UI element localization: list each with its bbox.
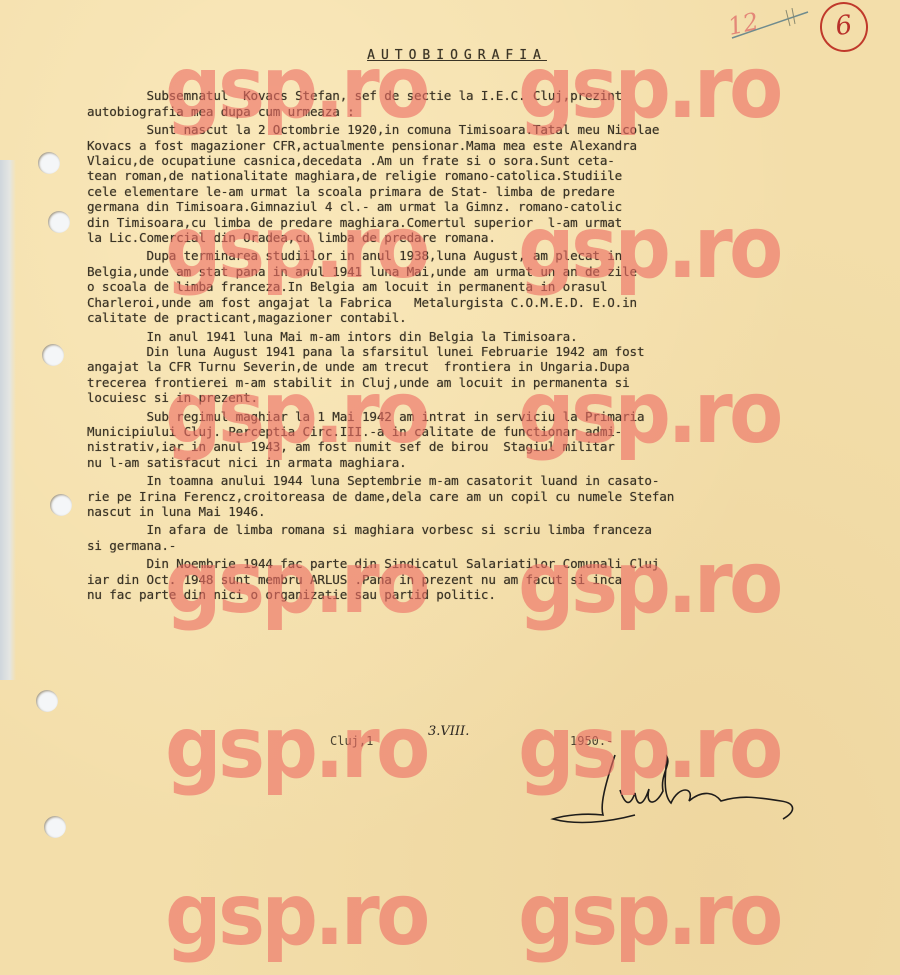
- text-line: tean roman,de nationalitate maghiara,de …: [87, 168, 887, 183]
- text-line: Vlaicu,de ocupatiune casnica,decedata .A…: [87, 153, 887, 168]
- watermark: gsp.ro: [165, 705, 427, 791]
- watermark: gsp.ro: [165, 205, 427, 291]
- watermark: gsp.ro: [518, 205, 780, 291]
- text-line: nascut in luna Mai 1946.: [87, 504, 887, 519]
- text-line: calitate de practicant,magazioner contab…: [87, 310, 887, 325]
- punch-hole: [48, 211, 70, 233]
- text-line: Din luna August 1941 pana la sfarsitul l…: [87, 344, 887, 359]
- text-line: In anul 1941 luna Mai m-am intors din Be…: [87, 329, 887, 344]
- punch-hole: [50, 494, 72, 516]
- watermark: gsp.ro: [518, 370, 780, 456]
- punch-hole: [42, 344, 64, 366]
- text-line: rie pe Irina Ferencz,croitoreasa de dame…: [87, 489, 887, 504]
- watermark: gsp.ro: [518, 872, 780, 958]
- paper-left-edge: [0, 160, 16, 680]
- watermark: gsp.ro: [165, 540, 427, 626]
- punch-hole: [38, 152, 60, 174]
- paragraphs: Subsemnatul Kovacs Stefan, sef de sectie…: [87, 88, 887, 605]
- text-line: Kovacs a fost magazioner CFR,actualmente…: [87, 138, 887, 153]
- watermark: gsp.ro: [165, 370, 427, 456]
- text-line: cele elementare le-am urmat la scoala pr…: [87, 184, 887, 199]
- text-line: In toamna anului 1944 luna Septembrie m-…: [87, 473, 887, 488]
- watermark: gsp.ro: [518, 705, 780, 791]
- watermark: gsp.ro: [165, 872, 427, 958]
- punch-hole: [44, 816, 66, 838]
- paragraph: In toamna anului 1944 luna Septembrie m-…: [87, 473, 887, 519]
- watermark: gsp.ro: [518, 540, 780, 626]
- circled-page-number: 6: [817, 0, 871, 55]
- watermark: gsp.ro: [165, 45, 427, 131]
- punch-hole: [36, 690, 58, 712]
- handwritten-date: 3.VIII.: [428, 724, 469, 739]
- watermark: gsp.ro: [518, 45, 780, 131]
